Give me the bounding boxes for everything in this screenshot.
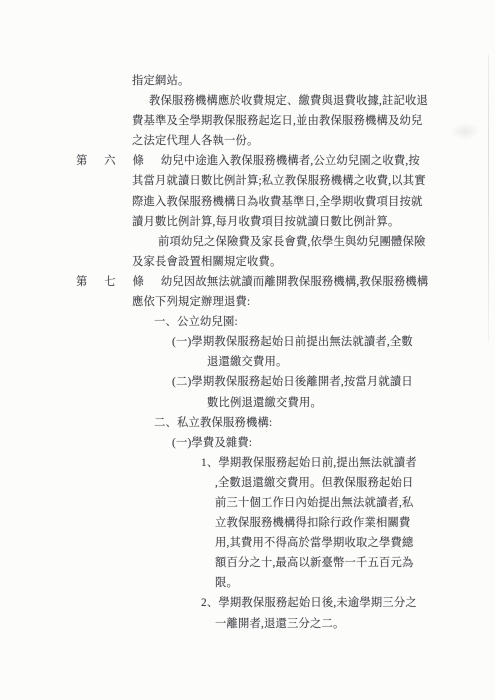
doc-line: 費基準及全學期教保服務起迄日,並由教保服務機構及幼兒	[0, 111, 495, 131]
doc-line: 指定網站。	[0, 71, 495, 91]
point-item-continuation: 一離開者,退還三分之二。	[0, 614, 495, 634]
doc-line: 前項幼兒之保險費及家長會費,依學生與幼兒團體保險	[0, 232, 495, 252]
point-item: 1、學期教保服務起始日前,提出無法就讀者	[0, 453, 495, 473]
scan-smudge-artifact	[450, 123, 480, 140]
doc-line: 其當月就讀日數比例計算;私立教保服務機構之收費,以其實	[0, 171, 495, 191]
sub-item: (二)學期教保服務起始日後離開者,按當月就讀日	[0, 372, 495, 392]
doc-line: 之法定代理人各執一份。	[0, 131, 495, 151]
article-7-number: 第七條	[76, 276, 161, 288]
article-7-heading-line: 第七條幼兒因故無法就讀而離開教保服務機構,教保服務機構	[0, 272, 495, 292]
list-item-2: 二、私立教保服務機構:	[0, 413, 495, 433]
document-text: 指定網站。 教保服務機構應於收費規定、繳費與退費收據,註記收退 費基準及全學期教…	[0, 71, 495, 634]
point-item-continuation: 限。	[0, 573, 495, 593]
doc-line: 讀月數比例計算,每月收費項目按就讀日數比例計算。	[0, 212, 495, 232]
doc-line: 應依下列規定辦理退費:	[0, 292, 495, 312]
point-item-continuation: ,全數退還繳交費用。但教保服務起始日	[0, 473, 495, 493]
list-item-1: 一、公立幼兒園:	[0, 312, 495, 332]
sub-item: (一)學費及雜費:	[0, 433, 495, 453]
sub-item-continuation: 退還繳交費用。	[0, 352, 495, 372]
doc-line: 及家長會設置相關規定收費。	[0, 252, 495, 272]
point-item-continuation: 前三十個工作日內始提出無法就讀者,私	[0, 493, 495, 513]
point-item-continuation: 額百分之十,最高以新臺幣一千五百元為	[0, 553, 495, 573]
sub-item: (一)學期教保服務起始日前提出無法就讀者,全數	[0, 332, 495, 352]
doc-line: 教保服務機構應於收費規定、繳費與退費收據,註記收退	[0, 91, 495, 111]
article-7-first-line: 幼兒因故無法就讀而離開教保服務機構,教保服務機構	[161, 276, 428, 288]
scan-edge-artifact	[488, 55, 489, 342]
article-6-first-line: 幼兒中途進入教保服務機構者,公立幼兒園之收費,按	[161, 155, 420, 167]
sub-item-continuation: 數比例退還繳交費用。	[0, 393, 495, 413]
article-6-number: 第六條	[76, 155, 161, 167]
doc-line: 際進入教保服務機構日為收費基準日,全學期收費項目按就	[0, 192, 495, 212]
scanned-document-page: 指定網站。 教保服務機構應於收費規定、繳費與退費收據,註記收退 費基準及全學期教…	[0, 0, 495, 700]
point-item-continuation: 立教保服務機構得扣除行政作業相關費	[0, 513, 495, 533]
point-item: 2、學期教保服務起始日後,未逾學期三分之	[0, 593, 495, 613]
article-6-heading-line: 第六條幼兒中途進入教保服務機構者,公立幼兒園之收費,按	[0, 151, 495, 171]
point-item-continuation: 用,其費用不得高於當學期收取之學費總	[0, 533, 495, 553]
